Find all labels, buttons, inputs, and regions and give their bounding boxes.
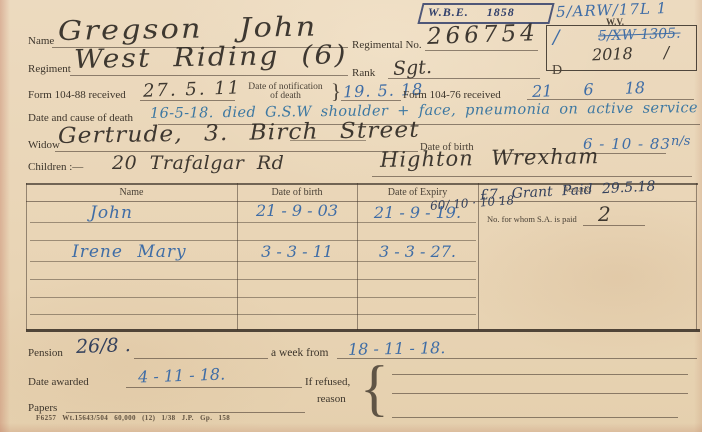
refused-line-2 xyxy=(392,393,688,394)
children-underline xyxy=(372,176,692,177)
crossed-reference: 5/XW 1305. xyxy=(598,26,681,45)
print-code: F6257 Wt.15643/504 60,000 (12) 1/38 J.P.… xyxy=(36,414,230,422)
date-awarded-label: Date awarded xyxy=(28,376,89,388)
form-104-88-label: Form 104-88 received xyxy=(28,89,126,101)
box-number: 2018 / xyxy=(592,43,670,65)
wv-mark: W.V. xyxy=(606,17,624,27)
form-104-88-value: 27. 5. 11 xyxy=(143,77,242,101)
ns-note: n/s xyxy=(671,134,690,149)
pension-record-card: W.B.E. 1858 5/ARW/17L 1 Name Gregson Joh… xyxy=(0,0,702,432)
child-row-1-name: John xyxy=(90,203,133,223)
table-row-line-6 xyxy=(30,314,476,315)
regimental-no-value: 266754 xyxy=(427,20,540,50)
child-row-2-expiry: 3 - 3 - 27. xyxy=(357,242,478,261)
if-refused-label-line2: reason xyxy=(317,393,346,405)
regimental-no-underline xyxy=(425,50,538,51)
papers-label: Papers xyxy=(28,402,57,414)
if-refused-label-line1: If refused, xyxy=(305,376,350,388)
table-bottom-border xyxy=(26,329,700,332)
regiment-underline xyxy=(70,75,348,76)
sa-paid-underline xyxy=(583,225,645,226)
children-address-line2: Highton Wrexham xyxy=(380,144,600,172)
rank-value: Sgt. xyxy=(392,56,432,80)
table-right-border xyxy=(696,183,697,330)
children-label: Children :— xyxy=(28,161,83,173)
date-awarded-underline xyxy=(126,387,302,388)
table-row-line-2 xyxy=(30,240,476,241)
regiment-value: West Riding (6) xyxy=(74,40,348,75)
table-header-underline xyxy=(26,201,696,202)
table-header-name: Name xyxy=(26,187,237,198)
death-value: 16-5-18. died G.S.W shoulder + face, pne… xyxy=(150,100,698,122)
widow-value: Gertrude, 3. Birch Street xyxy=(58,118,420,149)
notification-label-line2: of death xyxy=(238,91,333,101)
regiment-label: Regiment xyxy=(28,63,71,75)
notification-brace: } xyxy=(331,79,341,104)
d-mark: D xyxy=(552,63,562,79)
children-address-line1: 20 Trafalgar Rd xyxy=(112,152,284,174)
rank-label: Rank xyxy=(352,67,375,79)
widow-label: Widow xyxy=(28,139,60,151)
pension-value: 26/8 . xyxy=(76,334,131,358)
refused-line-1 xyxy=(392,374,688,375)
pension-label: Pension xyxy=(28,347,63,359)
refused-line-3 xyxy=(392,417,678,418)
table-row-line-5 xyxy=(30,297,476,298)
regimental-no-label: Regimental No. xyxy=(352,39,422,51)
sa-paid-value: 2 xyxy=(598,202,611,226)
table-header-dob: Date of birth xyxy=(237,187,357,198)
date-awarded-value: 4 - 11 - 18. xyxy=(138,364,226,386)
child-row-1-dob: 21 - 9 - 03 xyxy=(237,201,357,220)
wbe-stamp-text: W.B.E. 1858 xyxy=(428,5,515,20)
sa-paid-label: No. for whom S.A. is paid xyxy=(487,214,577,224)
week-from-label: a week from xyxy=(271,347,328,359)
papers-underline xyxy=(66,412,305,413)
table-left-border xyxy=(26,183,27,330)
form-104-76-value: 21 6 18 xyxy=(532,78,646,101)
refused-brace: { xyxy=(360,352,389,424)
slash-mark: / xyxy=(553,26,559,48)
week-from-underline xyxy=(337,358,697,359)
pension-underline xyxy=(134,358,268,359)
child-row-2-dob: 3 - 3 - 11 xyxy=(237,242,357,261)
child-row-2-name: Irene Mary xyxy=(72,242,187,262)
form-104-76-label: Form 104-76 received xyxy=(403,89,501,101)
name-label: Name xyxy=(28,35,54,47)
table-row-line-4 xyxy=(30,279,476,280)
